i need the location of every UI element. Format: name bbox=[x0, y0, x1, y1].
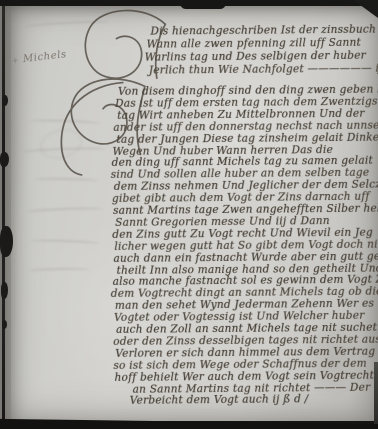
body-line: tag der Jungen Diese tag zinsheim gelait… bbox=[116, 131, 378, 146]
header-line: Dis hienachgeschriben Ist der zinssbuch … bbox=[150, 23, 378, 38]
margin-note: +Michels bbox=[11, 49, 67, 66]
margin-cross-mark: + bbox=[11, 56, 19, 66]
body-line: Verbeicht dem Vogt auch ij ß d / bbox=[130, 393, 309, 407]
photo-top-band bbox=[180, 0, 226, 9]
binding-edge-shadow bbox=[5, 0, 11, 429]
page-right-edge bbox=[374, 362, 378, 429]
handwriting-layer: +Michels Dis hienachgeschriben Ist der z… bbox=[0, 0, 378, 429]
manuscript-photo: +Michels Dis hienachgeschriben Ist der z… bbox=[0, 0, 378, 429]
header-line: Wann alle zwen pfenning zill uff Sannt bbox=[146, 36, 361, 50]
header-line: Warlins tag und Des selbigen der huber bbox=[145, 49, 366, 63]
margin-note-text: Michels bbox=[22, 49, 67, 65]
header-line: Jerlich thun Wie Nachfolget —————— ij bbox=[149, 62, 378, 77]
